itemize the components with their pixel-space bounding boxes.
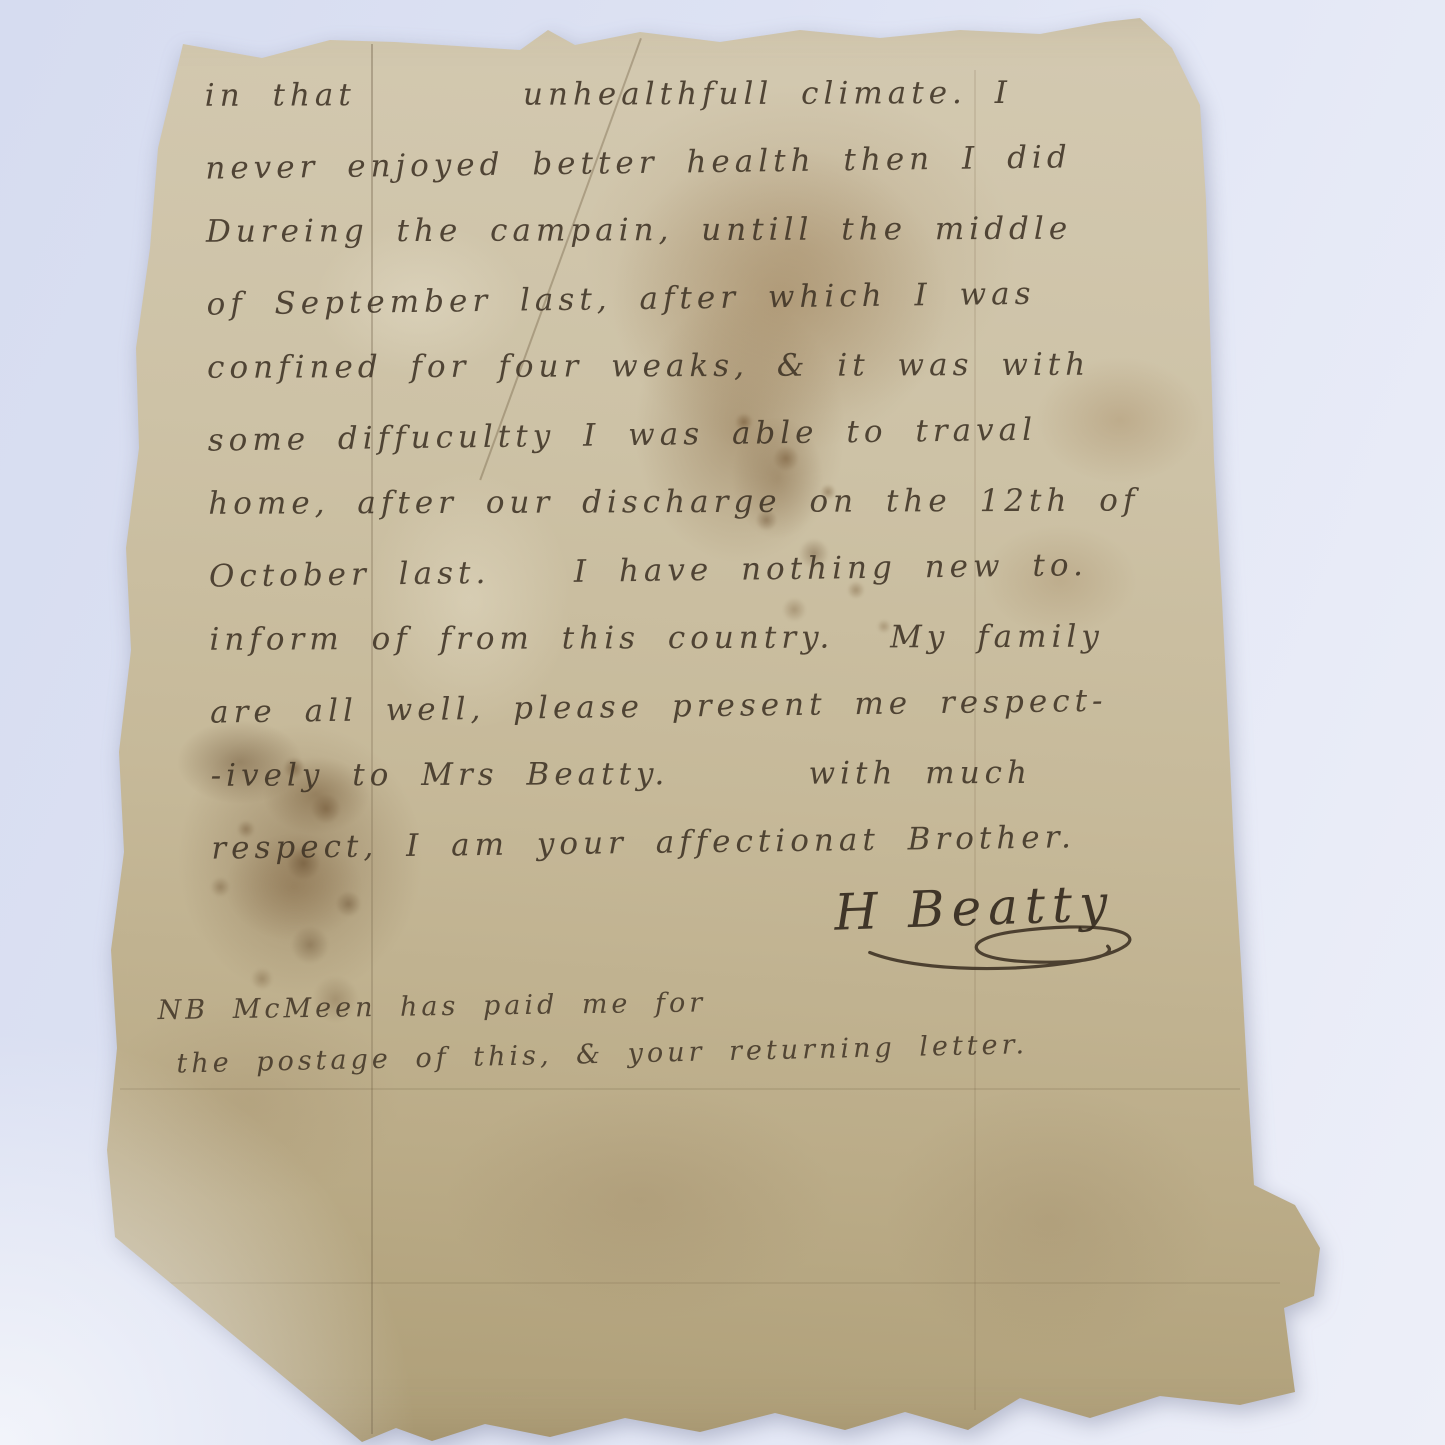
letter-line: are all well, please present me respect- <box>210 665 1221 746</box>
letter-paper: in that unhealthfull climate. I never en… <box>0 0 1445 1445</box>
horizontal-fold-crease <box>120 1088 1240 1090</box>
letter-line: confined for four weaks, & it was with <box>207 330 1217 402</box>
letter-paper-wrapper: in that unhealthfull climate. I never en… <box>0 0 1445 1445</box>
letter-line: in that unhealthfull climate. I <box>205 58 1215 130</box>
letter-line: respect, I am your affectionat Brother. <box>211 801 1222 882</box>
letter-line: October last. I have nothing new to. <box>208 529 1219 610</box>
letter-line: inform of from this country. My family <box>209 602 1219 674</box>
letter-line: -ively to Mrs Beatty. with much <box>211 738 1221 810</box>
signature-name: H Beatty <box>833 874 1115 942</box>
letter-line: of September last, after which I was <box>206 257 1217 338</box>
photo-background: in that unhealthfull climate. I never en… <box>0 0 1445 1445</box>
horizontal-fold-crease <box>120 1282 1280 1284</box>
letter-line: Dureing the campain, untill the middle <box>206 194 1216 266</box>
letter-line: some diffucultty I was able to traval <box>207 393 1218 474</box>
letter-body: in that unhealthfull climate. I never en… <box>204 56 1221 881</box>
letter-line: home, after our discharge on the 12th of <box>208 466 1218 538</box>
signature: H Beatty <box>833 872 1164 985</box>
letter-line: never enjoyed better health then I did <box>205 121 1216 202</box>
postscript: NB McMeen has paid me for the postage of… <box>157 974 1028 1086</box>
